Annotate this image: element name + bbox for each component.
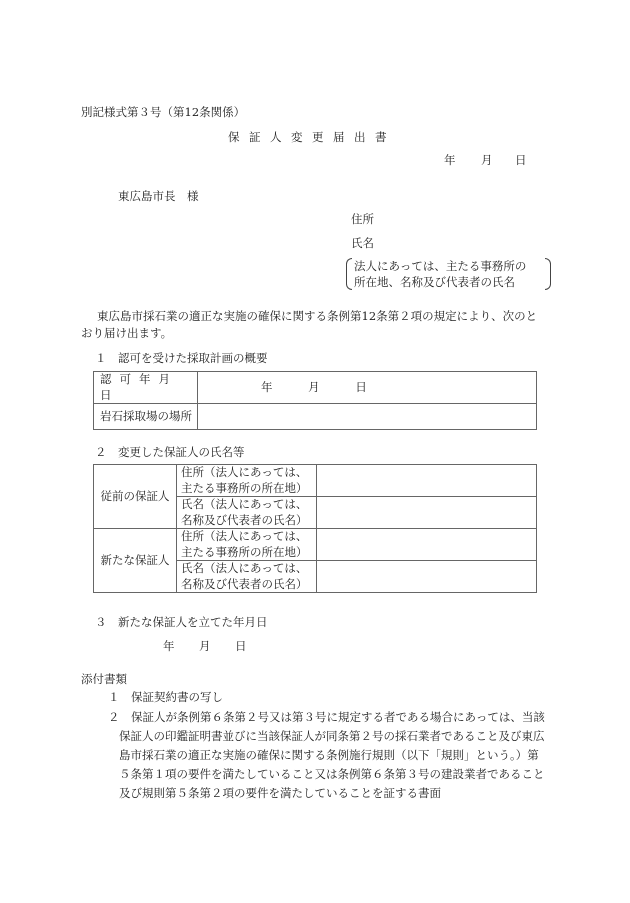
left-paren bbox=[346, 258, 352, 290]
new-guarantor-label: 新たな保証人 bbox=[94, 529, 177, 593]
new-address-label: 住所（法人にあっては、主たる事務所の所在地） bbox=[177, 529, 317, 561]
attachment-item-2-line-3: 島市採石業の適正な実施の確保に関する条例施行規則（以下「規則」という。）第 bbox=[119, 750, 539, 762]
quarry-location-label: 岩石採取場の場所 bbox=[94, 404, 198, 430]
body-line-2: おり届け出ます。 bbox=[81, 328, 172, 340]
attachment-item-2-line-2: 保証人の印鑑証明書並びに当該保証人が同条第２号の採石業者であること及び東広 bbox=[119, 731, 545, 743]
quarry-location-value[interactable] bbox=[198, 404, 537, 430]
body-line-1: 東広島市採石業の適正な実施の確保に関する条例第12条第２項の規定により、次のと bbox=[97, 311, 537, 323]
right-paren bbox=[545, 258, 551, 290]
form-id: 別記様式第３号（第12条関係） bbox=[81, 107, 245, 119]
applicant-name-label: 氏名 bbox=[351, 238, 374, 250]
section3-year: 年 bbox=[163, 641, 175, 653]
date-month: 月 bbox=[481, 155, 493, 167]
approval-table: 認可年月日 年 月 日 岩石採取場の場所 bbox=[93, 371, 537, 430]
former-address-label: 住所（法人にあっては、主たる事務所の所在地） bbox=[177, 465, 317, 497]
former-address-value[interactable] bbox=[317, 465, 537, 497]
section1-heading: １ 認可を受けた採取計画の概要 bbox=[95, 353, 268, 365]
table-row: 岩石採取場の場所 bbox=[94, 404, 537, 430]
section3-heading: ３ 新たな保証人を立てた年月日 bbox=[95, 617, 268, 629]
date-day: 日 bbox=[515, 155, 527, 167]
note-line-2: 所在地、名称及び代表者の氏名 bbox=[354, 277, 630, 289]
day-label: 日 bbox=[355, 380, 367, 394]
year-label: 年 bbox=[261, 380, 273, 394]
applicant-address-label: 住所 bbox=[351, 214, 374, 226]
table-row: 新たな保証人 住所（法人にあっては、主たる事務所の所在地） bbox=[94, 529, 537, 561]
former-guarantor-label: 従前の保証人 bbox=[94, 465, 177, 529]
document-title: 保証人変更届出書 bbox=[228, 132, 396, 144]
attachment-item-2-line-1: ２ 保証人が条例第６条第２号又は第３号に規定する者である場合にあっては、当該 bbox=[108, 712, 545, 724]
table-row: 認可年月日 年 月 日 bbox=[94, 372, 537, 404]
note-line-1: 法人にあっては、主たる事務所の bbox=[354, 261, 630, 273]
section3-day: 日 bbox=[235, 641, 247, 653]
approval-date-value[interactable]: 年 月 日 bbox=[198, 372, 537, 404]
new-name-label: 氏名（法人にあっては、名称及び代表者の氏名） bbox=[177, 561, 317, 593]
section2-heading: ２ 変更した保証人の氏名等 bbox=[95, 447, 245, 459]
former-name-label: 氏名（法人にあっては、名称及び代表者の氏名） bbox=[177, 497, 317, 529]
section3-month: 月 bbox=[199, 641, 211, 653]
attachments-heading: 添付書類 bbox=[81, 674, 127, 686]
attachment-item-2-line-5: 及び規則第５条第２項の要件を満たしていることを証する書面 bbox=[119, 788, 441, 800]
former-name-value[interactable] bbox=[317, 497, 537, 529]
attachment-item-2-line-4: ５条第１項の要件を満たしていること又は条例第６条第３号の建設業者であること bbox=[119, 769, 545, 781]
date-year: 年 bbox=[444, 155, 456, 167]
new-address-value[interactable] bbox=[317, 529, 537, 561]
approval-date-label: 認可年月日 bbox=[94, 372, 198, 404]
new-name-value[interactable] bbox=[317, 561, 537, 593]
month-label: 月 bbox=[308, 380, 320, 394]
table-row: 従前の保証人 住所（法人にあっては、主たる事務所の所在地） bbox=[94, 465, 537, 497]
addressee: 東広島市長 様 bbox=[118, 191, 199, 203]
attachment-item-1: １ 保証契約書の写し bbox=[108, 692, 223, 704]
applicant-note: 法人にあっては、主たる事務所の 所在地、名称及び代表者の氏名 bbox=[346, 258, 551, 292]
guarantor-table: 従前の保証人 住所（法人にあっては、主たる事務所の所在地） 氏名（法人にあっては… bbox=[93, 464, 537, 593]
